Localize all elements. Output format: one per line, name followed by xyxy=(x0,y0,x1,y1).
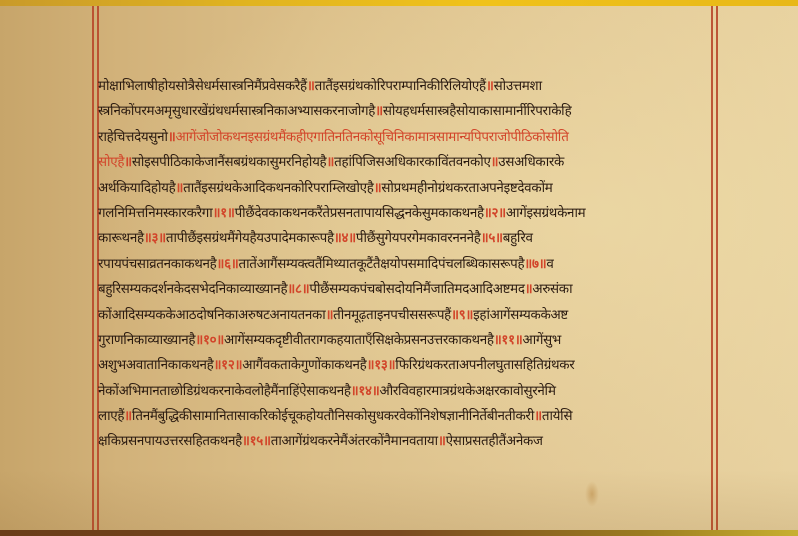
black-ink-text: इहांआगेंसम्यककेअष्ट xyxy=(473,308,568,323)
verse-marker: ॥ xyxy=(438,434,446,449)
red-ink-text: सोएहै xyxy=(98,155,124,170)
verse-marker: ॥ xyxy=(326,155,334,170)
verse-marker: ॥ xyxy=(307,79,315,94)
black-ink-text: अर्थकियादिहोयहै xyxy=(98,181,175,196)
verse-marker: ॥९॥ xyxy=(451,308,473,323)
manuscript-line: सोएहै॥सोइसपीठिकाकेजानैंसबग्रंथकासुमरनिहो… xyxy=(98,150,712,175)
black-ink-text: फिरिग्रंथकरताअपनीलघुतासहितिग्रंथकर xyxy=(395,358,574,373)
manuscript-line: मोक्षाभिलाषीहोयसोत्रैसेधर्मसास्त्रनिमैंप… xyxy=(98,74,712,99)
black-ink-text: कोंआदिसम्यककेआठदोषनिकाअरुषटअनायतनका xyxy=(98,308,325,323)
black-ink-text: लाएहैं xyxy=(98,409,124,424)
manuscript-line: कोंआदिसम्यककेआठदोषनिकाअरुषटअनायतनका॥तीनम… xyxy=(98,303,712,328)
verse-marker: ॥१४॥ xyxy=(351,384,380,399)
black-ink-text: तहांपिजिसअधिकारकाविंतवनकोए xyxy=(334,155,490,170)
black-ink-text: आगेंसम्यकदृष्टीवीतरागकहयाताएँसिक्षकेप्रस… xyxy=(224,333,494,348)
black-ink-text: पीछैंसम्यकपंचबोसदोयनिमैंजातिमदआदिअष्टमद xyxy=(309,282,524,297)
black-ink-text: तिनमैंबुद्धिकीसामानितासाकरिकोईचूकहोयतौनि… xyxy=(132,409,534,424)
black-ink-text: गलनिमित्तनिमस्कारकरैगा xyxy=(98,206,212,221)
black-ink-text: पीछैंसुगेयपरगेमकावरनननेहै xyxy=(356,231,481,246)
black-ink-text: तायेसि xyxy=(542,409,573,424)
manuscript-line: अशुभअवातानिकाकथनहै॥१२॥आगैंवकताकेगुणोंकाक… xyxy=(98,353,712,378)
black-ink-text: औरविवहारमात्रग्रंथकेअक्षरकावोसुरनेमि xyxy=(379,384,555,399)
black-ink-text: ताआगेंग्रंथकरनेमैंअंतरकोंनैमानवताया xyxy=(271,434,438,449)
black-ink-text: ऐसाप्रसतहीतैंअनेकज xyxy=(446,434,543,449)
verse-marker: ॥१२॥ xyxy=(213,358,242,373)
black-ink-text: अशुभअवातानिकाकथनहै xyxy=(98,358,213,373)
manuscript-line: राहेचित्तदेयसुनो॥आगेंजोजोकथनइसग्रंथमैंकह… xyxy=(98,125,712,150)
paper-stain xyxy=(585,481,599,507)
black-ink-text: आगैंवकताकेगुणोंकाकथनहै xyxy=(242,358,366,373)
manuscript-folio: मोक्षाभिलाषीहोयसोत्रैसेधर्मसास्त्रनिमैंप… xyxy=(0,6,798,530)
verse-marker: ॥ xyxy=(534,409,542,424)
verse-marker: ॥१३॥ xyxy=(366,358,395,373)
manuscript-text-block: मोक्षाभिलाषीहोयसोत्रैसेधर्मसास्त्रनिमैंप… xyxy=(98,74,712,455)
manuscript-line: गलनिमित्तनिमस्कारकरैगा॥१॥पीछैंदेवकाकथनकर… xyxy=(98,201,712,226)
verse-marker: ॥ xyxy=(175,181,183,196)
verse-marker: ॥४॥ xyxy=(334,231,356,246)
verse-marker: ॥ xyxy=(124,155,132,170)
cloth-bottom-edge xyxy=(0,530,798,536)
black-ink-text: सोप्रथमहीनोग्रंथकरताअपनेइष्टदेवकोंम xyxy=(381,181,552,196)
verse-marker: ॥७॥ xyxy=(524,257,546,272)
black-ink-text: अरुसंका xyxy=(532,282,572,297)
verse-marker: ॥६॥ xyxy=(216,257,238,272)
black-ink-text: क्षकिप्रसनपायउत्तरसहितकथनहै xyxy=(98,434,242,449)
verse-marker: ॥११॥ xyxy=(494,333,523,348)
black-ink-text: सोयहधर्मसास्त्रहैसोयाकासामार्नीरिपराकेहि xyxy=(383,104,572,119)
manuscript-line: रपायपंचसाव्रतनकाकथनहै॥६॥तातेंआगैंसम्यक्त… xyxy=(98,252,712,277)
manuscript-line: गुराणनिकाव्याख्यानहै॥१०॥आगेंसम्यकदृष्टीव… xyxy=(98,328,712,353)
black-ink-text: तापीछैंइसग्रंथमैंगेयहैयउपादेमकारूपहै xyxy=(166,231,334,246)
black-ink-text: सोउत्तमशा xyxy=(494,79,542,94)
right-margin-rule-outer xyxy=(716,6,718,530)
black-ink-text: तातैंइसग्रंथकोरिपराम्पानिकीरिलियोएहैं xyxy=(315,79,486,94)
black-ink-text: गुराणनिकाव्याख्यानहै xyxy=(98,333,195,348)
black-ink-text: स्त्रनिकोंपरमअमृसुधारखेंग्रंथधर्मसास्त्र… xyxy=(98,104,375,119)
manuscript-line: बहुरिसम्यकदर्शनकेदसभेदनिकाव्याख्यानहै॥८॥… xyxy=(98,277,712,302)
verse-marker: ॥५॥ xyxy=(481,231,503,246)
verse-marker: ॥८॥ xyxy=(287,282,309,297)
red-ink-text: आगेंजोजोकथनइसग्रंथमैंकहीएगातिनतिनकोसूचिन… xyxy=(175,130,568,145)
black-ink-text: राहेचित्तदेयसुनो xyxy=(98,130,168,145)
manuscript-photo: मोक्षाभिलाषीहोयसोत्रैसेधर्मसास्त्रनिमैंप… xyxy=(0,0,798,536)
verse-marker: ॥१॥ xyxy=(212,206,234,221)
manuscript-line: कारूथनहै॥३॥तापीछैंइसग्रंथमैंगेयहैयउपादेम… xyxy=(98,226,712,251)
black-ink-text: तातैंइसग्रंथकेआदिकथनकोरिपराम्लिखोएहै xyxy=(183,181,373,196)
manuscript-line: लाएहैं॥तिनमैंबुद्धिकीसामानितासाकरिकोईचूक… xyxy=(98,404,712,429)
black-ink-text: तातेंआगैंसम्यक्त्वतैंमिथ्यातकूटैंतैक्षयो… xyxy=(239,257,525,272)
manuscript-line: स्त्रनिकोंपरमअमृसुधारखेंग्रंथधर्मसास्त्र… xyxy=(98,99,712,124)
black-ink-text: नेकोंअभिमानताछोडिग्रंथकरनाकेवलोहैमैंनाहि… xyxy=(98,384,351,399)
manuscript-line: अर्थकियादिहोयहै॥तातैंइसग्रंथकेआदिकथनकोरि… xyxy=(98,176,712,201)
left-margin-rule-outer xyxy=(92,6,94,530)
verse-marker: ॥ xyxy=(124,409,132,424)
manuscript-line: क्षकिप्रसनपायउत्तरसहितकथनहै॥१५॥ताआगेंग्र… xyxy=(98,429,712,454)
black-ink-text: पीछैंदेवकाकथनकरैंतेप्रसनतापायसिद्धनकेसुम… xyxy=(235,206,484,221)
verse-marker: ॥ xyxy=(325,308,333,323)
verse-marker: ॥१५॥ xyxy=(242,434,271,449)
verse-marker: ॥३॥ xyxy=(144,231,166,246)
black-ink-text: सोइसपीठिकाकेजानैंसबग्रंथकासुमरनिहोयहै xyxy=(132,155,327,170)
verse-marker: ॥१०॥ xyxy=(195,333,224,348)
black-ink-text: व xyxy=(546,257,553,272)
black-ink-text: आगेंसुभ xyxy=(522,333,561,348)
black-ink-text: आगेंइसग्रंथकेनाम xyxy=(506,206,585,221)
verse-marker: ॥ xyxy=(486,79,494,94)
verse-marker: ॥२॥ xyxy=(484,206,506,221)
black-ink-text: बहुरिव xyxy=(503,231,533,246)
black-ink-text: तीनमूढ़ताइनपचीससरूपहैं xyxy=(333,308,451,323)
black-ink-text: रपायपंचसाव्रतनकाकथनहै xyxy=(98,257,216,272)
black-ink-text: बहुरिसम्यकदर्शनकेदसभेदनिकाव्याख्यानहै xyxy=(98,282,287,297)
black-ink-text: उसअधिकारके xyxy=(498,155,564,170)
black-ink-text: कारूथनहै xyxy=(98,231,144,246)
verse-marker: ॥ xyxy=(375,104,383,119)
black-ink-text: मोक्षाभिलाषीहोयसोत्रैसेधर्मसास्त्रनिमैंप… xyxy=(98,79,307,94)
manuscript-line: नेकोंअभिमानताछोडिग्रंथकरनाकेवलोहैमैंनाहि… xyxy=(98,379,712,404)
